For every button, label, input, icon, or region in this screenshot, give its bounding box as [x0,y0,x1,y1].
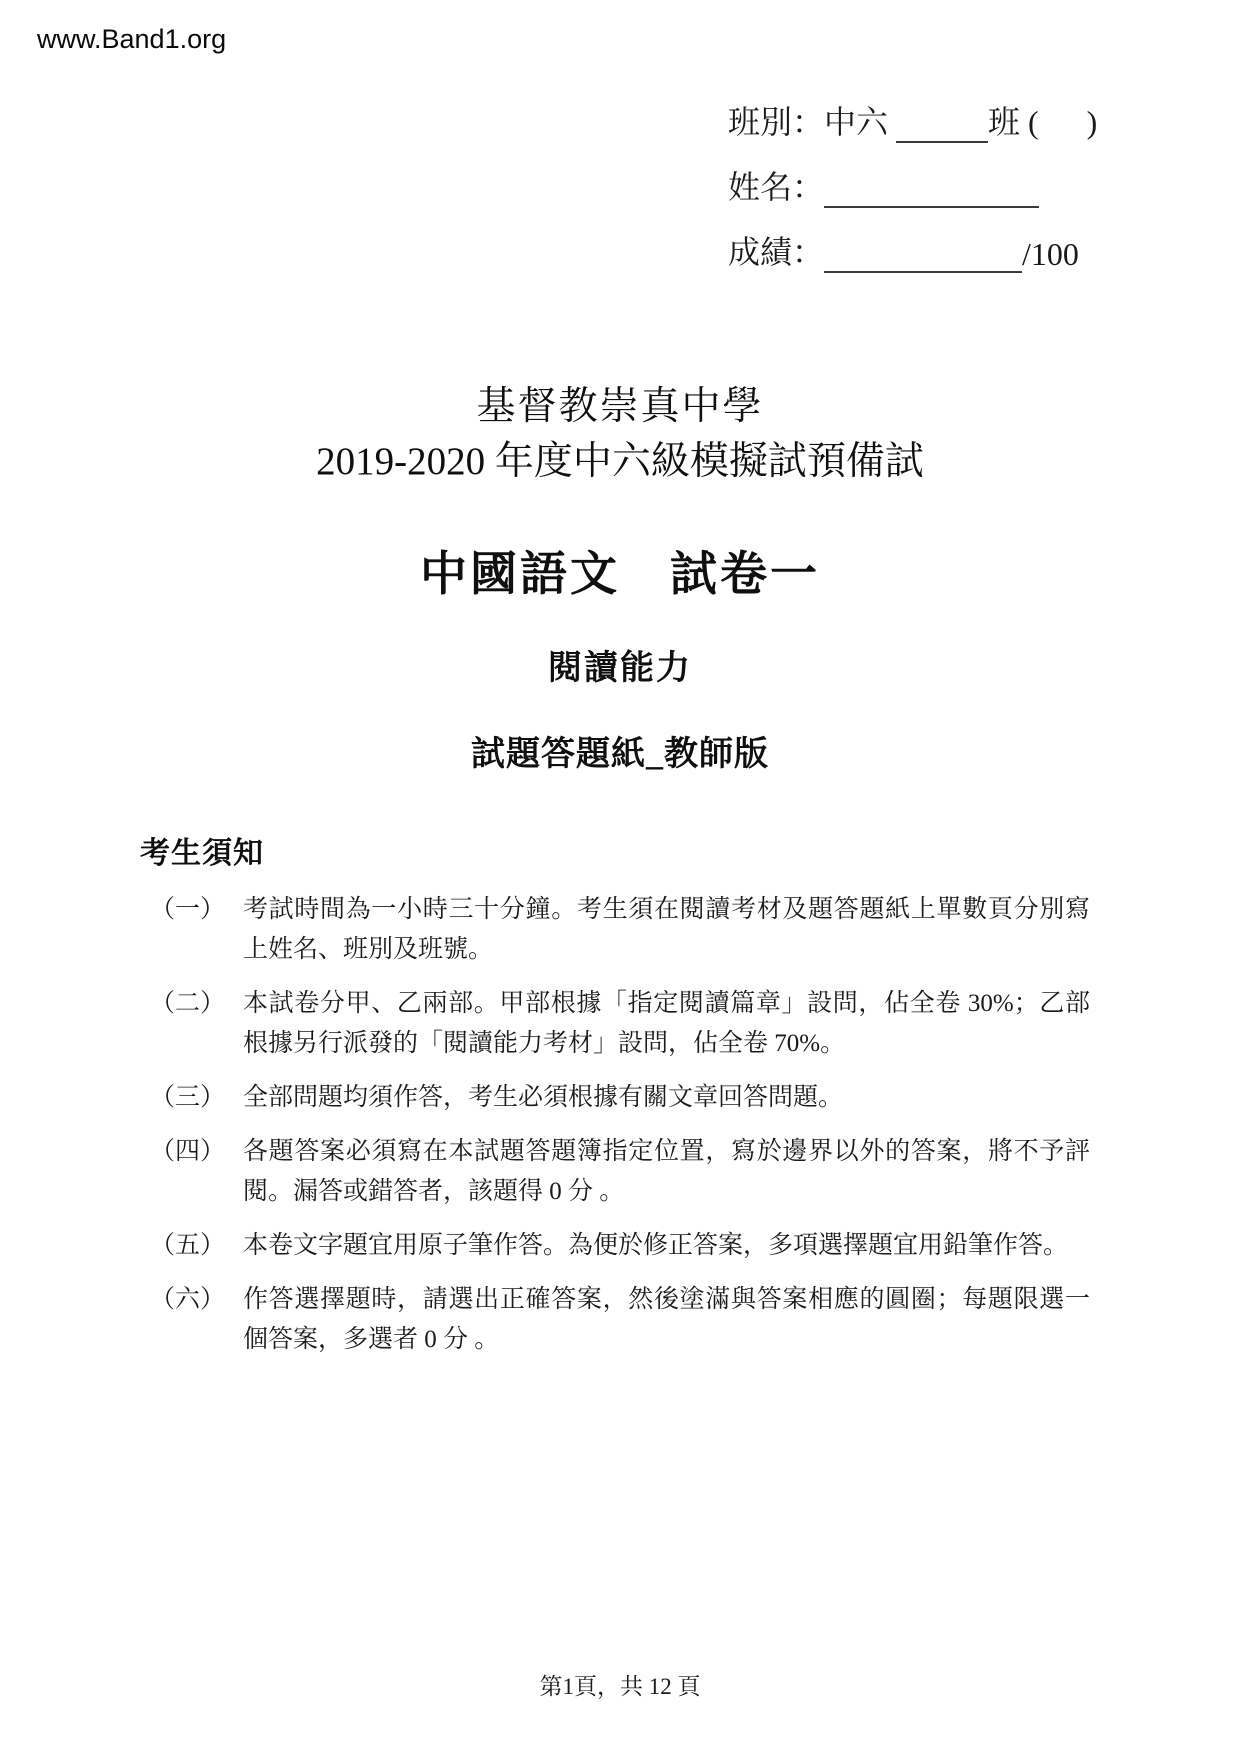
score-label: 成績： [728,227,824,273]
name-blank [824,170,1039,208]
name-label: 姓名： [728,162,824,208]
score-field: 成績：/100 [728,208,1097,273]
instruction-number: （四） [150,1132,243,1212]
page-number: 第1頁，共 12 頁 [0,1668,1240,1701]
notice-heading: 考生須知 [140,828,264,872]
subject-title: 中國語文 試卷一 [0,537,1240,604]
class-field: 班別：中六 班 ( ) [728,78,1097,143]
class-blank [896,105,988,143]
school-name: 基督教崇真中學 [0,375,1240,431]
paper-title: 閱讀能力 [0,640,1240,689]
score-suffix: /100 [1022,236,1079,273]
sheet-title: 試題答題紙_教師版 [0,726,1240,775]
class-label: 班別：中六 [728,97,896,143]
instruction-number: （三） [150,1078,243,1118]
score-blank [824,235,1022,273]
instruction-item: （一） 考試時間為一小時三十分鐘。考生須在閱讀考材及題答題紙上單數頁分別寫上姓名… [150,890,1090,970]
instruction-text: 各題答案必須寫在本試題答題簿指定位置，寫於邊界以外的答案，將不予評閱。漏答或錯答… [243,1132,1090,1212]
instruction-text: 本試卷分甲、乙兩部。甲部根據「指定閱讀篇章」設問，佔全卷 30%；乙部根據另行派… [243,984,1090,1064]
instruction-text: 作答選擇題時，請選出正確答案，然後塗滿與答案相應的圓圈；每題限選一個答案，多選者… [243,1280,1090,1360]
instruction-number: （五） [150,1226,243,1266]
instruction-text: 本卷文字題宜用原子筆作答。為便於修正答案，多項選擇題宜用鉛筆作答。 [243,1226,1090,1266]
instruction-item: （三） 全部問題均須作答，考生必須根據有關文章回答問題。 [150,1078,1090,1118]
instruction-number: （一） [150,890,243,970]
exam-cover-page: www.Band1.org 班別：中六 班 ( ) 姓名： 成績：/100 基督… [0,0,1240,1754]
instruction-text: 全部問題均須作答，考生必須根據有關文章回答問題。 [243,1078,1090,1118]
instructions-list: （一） 考試時間為一小時三十分鐘。考生須在閱讀考材及題答題紙上單數頁分別寫上姓名… [150,890,1090,1374]
class-suffix: 班 ( ) [988,97,1097,143]
instruction-text: 考試時間為一小時三十分鐘。考生須在閱讀考材及題答題紙上單數頁分別寫上姓名、班別及… [243,890,1090,970]
instruction-number: （六） [150,1280,243,1360]
name-field: 姓名： [728,143,1097,208]
instruction-item: （四） 各題答案必須寫在本試題答題簿指定位置，寫於邊界以外的答案，將不予評閱。漏… [150,1132,1090,1212]
instruction-item: （二） 本試卷分甲、乙兩部。甲部根據「指定閱讀篇章」設問，佔全卷 30%；乙部根… [150,984,1090,1064]
site-watermark: www.Band1.org [37,24,226,55]
exam-title: 2019-2020 年度中六級模擬試預備試 [0,430,1240,486]
instruction-item: （六） 作答選擇題時，請選出正確答案，然後塗滿與答案相應的圓圈；每題限選一個答案… [150,1280,1090,1360]
student-info-block: 班別：中六 班 ( ) 姓名： 成績：/100 [728,78,1097,273]
instruction-number: （二） [150,984,243,1064]
instruction-item: （五） 本卷文字題宜用原子筆作答。為便於修正答案，多項選擇題宜用鉛筆作答。 [150,1226,1090,1266]
